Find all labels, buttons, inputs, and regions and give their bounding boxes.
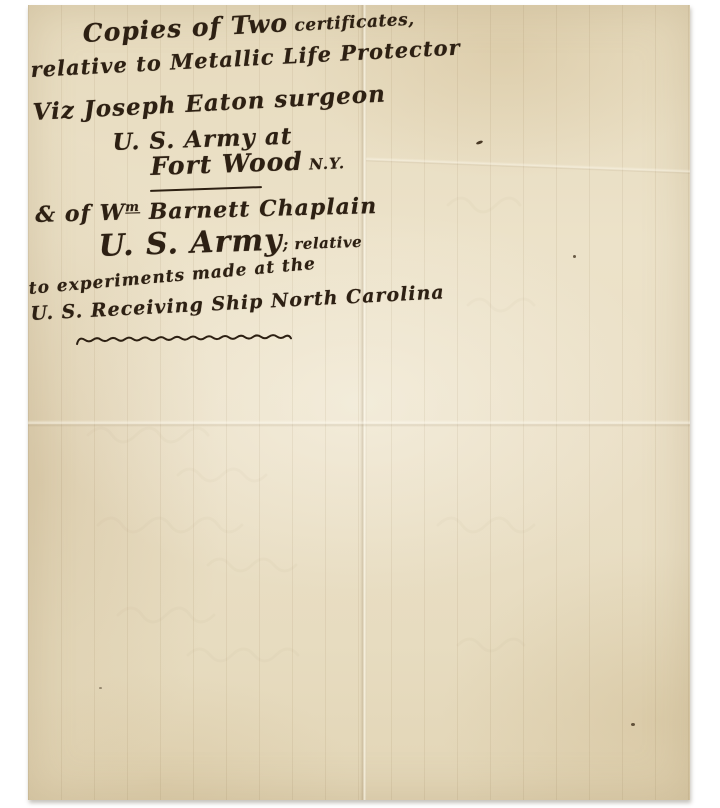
wm-superscript: m xyxy=(125,200,140,215)
relative-tail-text: ; relative xyxy=(282,233,362,254)
ny-abbreviation-text: N.Y. xyxy=(303,154,346,173)
ink-speck xyxy=(99,687,102,689)
barnett-pre-text: & of W xyxy=(35,200,126,228)
ink-speck xyxy=(573,255,576,258)
us-army-text: U. S. Army xyxy=(98,223,283,264)
bleed-through-texture xyxy=(28,5,690,800)
ink-speck xyxy=(631,723,635,726)
vertical-fold-crease xyxy=(360,5,367,800)
manuscript-paper: Copies of Two certificates, relative to … xyxy=(28,5,690,800)
scanned-document-photo: { "document": { "description": "Aged han… xyxy=(0,0,720,808)
fort-wood-text: Fort Wood xyxy=(150,147,303,181)
horizontal-fold-crease xyxy=(28,420,690,427)
